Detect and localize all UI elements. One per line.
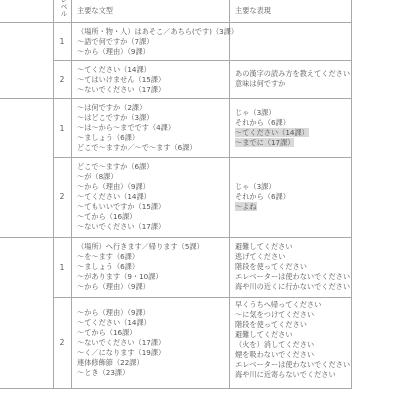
column-rule <box>229 0 230 389</box>
row-expressions: 避難してください 逃げてください 階段を使ってください エレベーターは使わないで… <box>235 242 350 292</box>
header-level: レベル <box>56 0 68 17</box>
row-patterns: （場所）へ行きます／帰ります（5課） 〜を〜ます（6課） 〜ましょう（6課） 〜… <box>77 242 204 292</box>
column-rule <box>351 0 352 389</box>
row-rule <box>53 157 352 158</box>
row-patterns: 〜は何ですか（2課） 〜はどこですか（3課） 〜は〜から〜までです（4課） 〜ま… <box>77 103 197 153</box>
row-patterns: （場所・物・人）はあそこ／あちら(です)（3課） 〜語で何ですか（7課） 〜から… <box>77 27 238 57</box>
row-patterns: 〜てください（14課） 〜てはいけません（15課） 〜ないでください（17課） <box>77 65 165 95</box>
row-expressions: じゃ（3課） それから（6課） 〜よね <box>235 182 290 212</box>
row-rule <box>53 297 352 298</box>
header-expressions: 主要な表現 <box>235 6 271 16</box>
row-level: 1 <box>53 37 71 46</box>
row-patterns: 〜から（理由）（9課） 〜てください（14課） 〜てから（16課） 〜ないでくだ… <box>77 308 165 378</box>
highlighted-expression: 〜までに（17課） <box>235 138 294 147</box>
highlighted-expression: 〜てください（14課） <box>235 128 309 137</box>
row-level: 2 <box>53 192 71 201</box>
row-level: 2 <box>53 338 71 347</box>
column-rule <box>71 0 72 389</box>
row-expressions: 早くうちへ帰ってください 〜に気をつけてください 階段を使ってください 避難して… <box>235 300 350 380</box>
header-patterns: 主要な文型 <box>77 6 113 16</box>
row-level: 1 <box>53 263 71 272</box>
row-patterns: どこで〜ますか（6課） 〜が（8課） 〜から（理由）（9課） 〜てください（14… <box>77 162 165 232</box>
row-rule <box>53 60 352 61</box>
row-level: 1 <box>53 124 71 133</box>
row-expressions: じゃ（3課） それから（6課） 〜てください（14課） 〜までに（17課） <box>235 108 309 148</box>
highlighted-expression: 〜よね <box>235 202 257 211</box>
row-level: 2 <box>53 75 71 84</box>
row-expressions: あの漢字の読み方を教えてください 意味は何ですか <box>235 69 350 89</box>
grammar-table: レベル 主要な文型 主要な表現 1 （場所・物・人）はあそこ／あちら(です)（3… <box>0 0 400 400</box>
